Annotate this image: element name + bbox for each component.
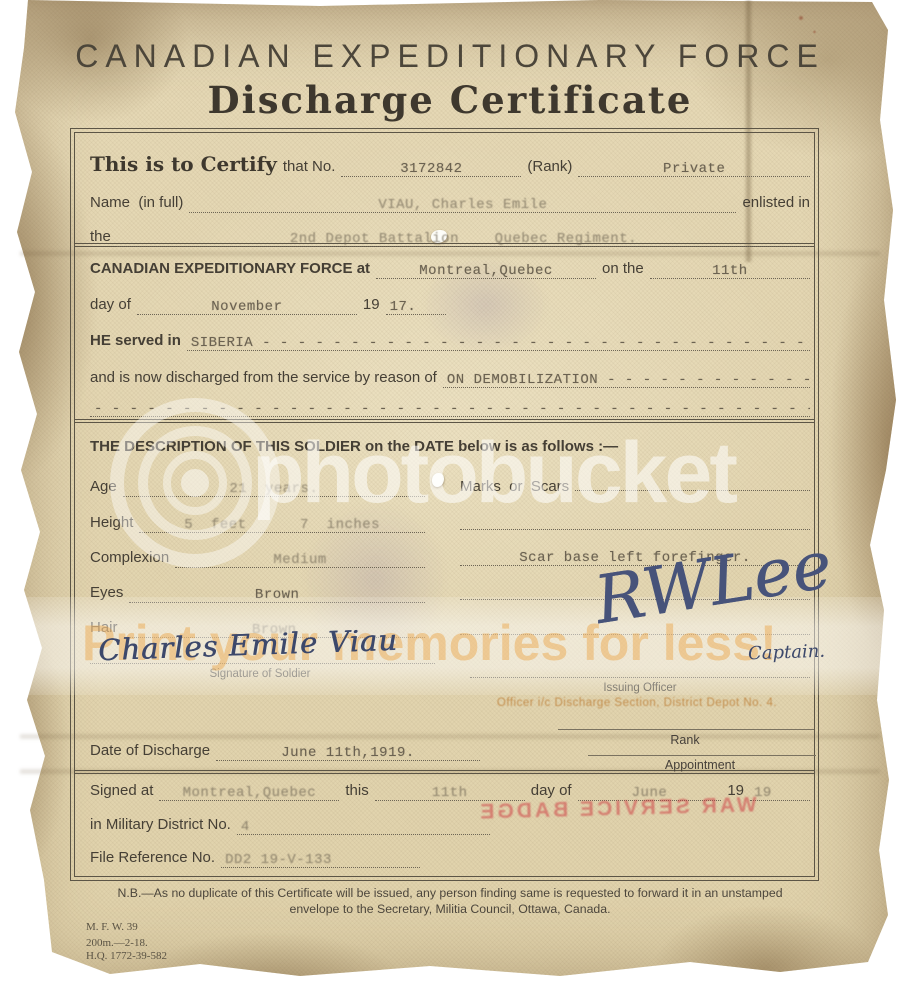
file-reference-row: File Reference No. DD2 19-V-133 bbox=[90, 849, 420, 868]
description-heading: THE DESCRIPTION OF THIS SOLDIER on the D… bbox=[90, 438, 618, 455]
eyes-label: Eyes bbox=[90, 584, 123, 601]
discharge-reason-value: ON DEMOBILIZATION - - - - - - - - - - - … bbox=[447, 372, 810, 388]
dashes-row: - - - - - - - - - - - - - - - - - - - - … bbox=[90, 400, 810, 417]
eyes-value: Brown bbox=[255, 587, 300, 603]
certificate-subtitle: Discharge Certificate bbox=[0, 78, 900, 122]
signed-at-label: Signed at bbox=[90, 782, 153, 799]
signed-place-value: Montreal,Quebec bbox=[183, 785, 317, 801]
enlist-place-value: Montreal,Quebec bbox=[419, 263, 553, 279]
eyes-row: Eyes Brown bbox=[90, 584, 425, 603]
certify-row: This is to Certify that No. 3172842 (Ran… bbox=[90, 152, 810, 177]
on-the-label: on the bbox=[602, 260, 644, 277]
nb-note-line2: envelope to the Secretary, Militia Counc… bbox=[70, 902, 830, 916]
military-district-label: in Military District No. bbox=[90, 816, 231, 833]
document-scan: CANADIAN EXPEDITIONARY FORCE Discharge C… bbox=[0, 0, 900, 998]
certify-lead: This is to Certify bbox=[90, 152, 277, 176]
marks-rule bbox=[460, 514, 810, 530]
rank-label: Rank bbox=[610, 733, 760, 747]
day-of-label: day of bbox=[90, 296, 131, 313]
name-value: VIAU, Charles Emile bbox=[378, 197, 547, 213]
enlist-year-value: 17. bbox=[390, 299, 417, 315]
date-of-discharge-row: Date of Discharge June 11th,1919. bbox=[90, 742, 480, 761]
nb-note-line1: N.B.—As no duplicate of this Certificate… bbox=[70, 886, 830, 900]
hq-reference: H.Q. 1772-39-582 bbox=[86, 950, 167, 962]
certificate-title: CANADIAN EXPEDITIONARY FORCE bbox=[0, 38, 900, 75]
the-label: the bbox=[90, 228, 111, 245]
marks-or-scars-label: Marks or Scars bbox=[460, 478, 569, 495]
military-district-value: 4 bbox=[241, 819, 250, 835]
height-row: Height 5 feet 7 inches bbox=[90, 514, 425, 533]
military-district-row: in Military District No. 4 bbox=[90, 816, 490, 835]
rank-value: Private bbox=[663, 161, 725, 177]
signature-of-soldier-label: Signature of Soldier bbox=[150, 668, 370, 680]
service-number-value: 3172842 bbox=[400, 161, 462, 177]
name-label: Name (in full) bbox=[90, 194, 183, 211]
unit-value: 2nd Depot Battalion Quebec Regiment. bbox=[290, 231, 637, 247]
cef-at-row: CANADIAN EXPEDITIONARY FORCE at Montreal… bbox=[90, 260, 810, 279]
enlisted-in-label: enlisted in bbox=[742, 194, 810, 211]
complexion-value: Medium bbox=[273, 552, 326, 568]
height-value: 5 feet 7 inches bbox=[184, 517, 380, 533]
issuing-officer-label: Issuing Officer bbox=[560, 682, 720, 694]
date-of-discharge-value: June 11th,1919. bbox=[281, 745, 415, 761]
height-label: Height bbox=[90, 514, 133, 531]
name-row: Name (in full) VIAU, Charles Emile enlis… bbox=[90, 194, 810, 213]
age-label: Age bbox=[90, 478, 117, 495]
year-prefix: 19 bbox=[363, 296, 380, 313]
that-no-label: that No. bbox=[283, 158, 336, 175]
section-divider bbox=[74, 419, 815, 423]
file-reference-label: File Reference No. bbox=[90, 849, 215, 866]
description-heading-row: THE DESCRIPTION OF THIS SOLDIER on the D… bbox=[90, 438, 810, 455]
served-in-value: SIBERIA - - - - - - - - - - - - - - - - … bbox=[191, 335, 810, 351]
day-of-row: day of November 19 17. bbox=[90, 296, 490, 315]
signed-day-value: 11th bbox=[432, 785, 468, 801]
issuing-officer-rule bbox=[470, 662, 810, 678]
file-reference-value: DD2 19-V-133 bbox=[225, 852, 332, 868]
form-number: M. F. W. 39 bbox=[86, 921, 138, 933]
cef-at-label: CANADIAN EXPEDITIONARY FORCE at bbox=[90, 260, 370, 277]
officer-section-stamp: Officer i/c Discharge Section, District … bbox=[462, 697, 812, 709]
complexion-label: Complexion bbox=[90, 549, 169, 566]
appointment-label: Appointment bbox=[600, 758, 800, 772]
served-in-row: HE served in SIBERIA - - - - - - - - - -… bbox=[90, 332, 810, 351]
this-label: this bbox=[345, 782, 368, 799]
complexion-row: Complexion Medium bbox=[90, 549, 425, 568]
rank-rule bbox=[558, 714, 814, 730]
officer-rank-handwritten: Captain. bbox=[748, 641, 826, 665]
signed-day-of-label: day of bbox=[531, 782, 572, 799]
served-in-label: HE served in bbox=[90, 332, 181, 349]
date-of-discharge-label: Date of Discharge bbox=[90, 742, 210, 759]
unit-row: the 2nd Depot Battalion Quebec Regiment. bbox=[90, 228, 810, 247]
age-value: 21 years. bbox=[229, 481, 318, 497]
discharge-reason-row: and is now discharged from the service b… bbox=[90, 369, 810, 388]
dashes-value: - - - - - - - - - - - - - - - - - - - - … bbox=[94, 401, 810, 417]
enlist-month-value: November bbox=[211, 299, 282, 315]
marks-label-row: Marks or Scars bbox=[460, 478, 810, 495]
discharge-reason-label: and is now discharged from the service b… bbox=[90, 369, 437, 386]
age-row: Age 21 years. bbox=[90, 478, 425, 497]
rank-label: (Rank) bbox=[527, 158, 572, 175]
print-run-ref: 200m.—2-18. bbox=[86, 937, 148, 949]
enlist-day-value: 11th bbox=[712, 263, 748, 279]
